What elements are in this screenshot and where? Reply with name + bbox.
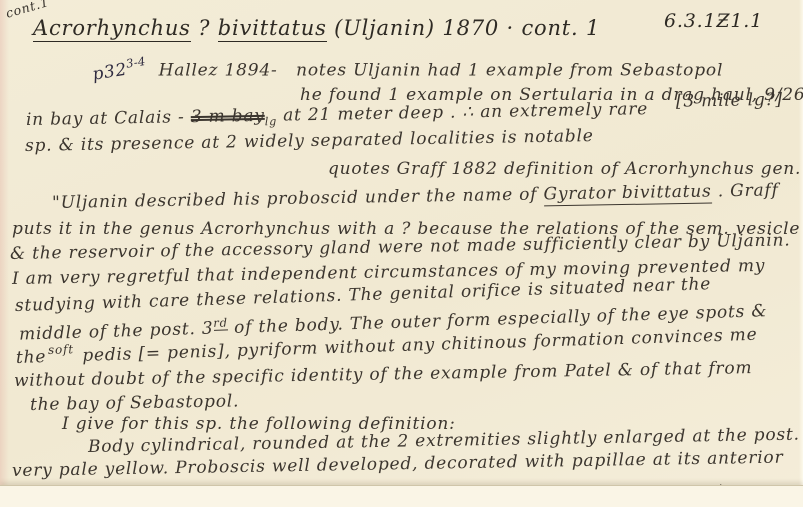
title-authority: (Uljanin) 1870 · cont. 1 — [327, 16, 601, 40]
struck-out-text: 3 m bay — [191, 106, 265, 127]
quote-text-pre: "Uljanin described his proboscid under t… — [52, 184, 544, 213]
card-title: Acrorhynchus ? bivittatus (Uljanin) 1870… — [33, 16, 600, 40]
title-question-mark: ? — [191, 16, 218, 40]
quote-text-pre: middle of the post. 3 — [19, 319, 214, 345]
ordinal-suffix: rd — [213, 315, 228, 330]
note-text-pre: in bay at Calais - — [26, 107, 191, 130]
catalog-number: 6.3.1Ƶ1.1 — [664, 10, 763, 32]
quoted-species-name: Gyrator bivittatus — [543, 181, 711, 206]
inserted-word: soft — [48, 342, 74, 357]
card-left-edge — [0, 0, 9, 507]
correction-text: lg — [265, 115, 277, 128]
page-reference: p323-4 — [91, 54, 148, 85]
quote-line: the bay of Sebastopol. — [30, 391, 240, 415]
quote-line: "Uljanin described his proboscid under t… — [52, 180, 779, 213]
title-genus: Acrorhynchus — [33, 16, 191, 42]
page-number: p32 — [91, 60, 129, 85]
quote-text-post: . Graff — [711, 180, 778, 201]
quote-text-pre: the — [16, 347, 47, 368]
bracketed-query: [3 mile lg?] — [676, 90, 783, 112]
author-year: Hallez 1894- — [159, 61, 278, 81]
index-card: cont.1 Acrorhynchus ? bivittatus (Uljani… — [0, 0, 803, 507]
note-text-1: notes Uljanin had 1 example from Sebasto… — [296, 61, 723, 81]
reference-line: p323-4 Hallez 1894- notes Uljanin had 1 … — [92, 58, 723, 81]
card-bottom-edge — [0, 485, 803, 507]
note-line: quotes Graff 1882 definition of Acrorhyn… — [328, 159, 801, 179]
title-species: bivittatus — [218, 16, 327, 42]
page-number-range: 3-4 — [125, 54, 146, 71]
